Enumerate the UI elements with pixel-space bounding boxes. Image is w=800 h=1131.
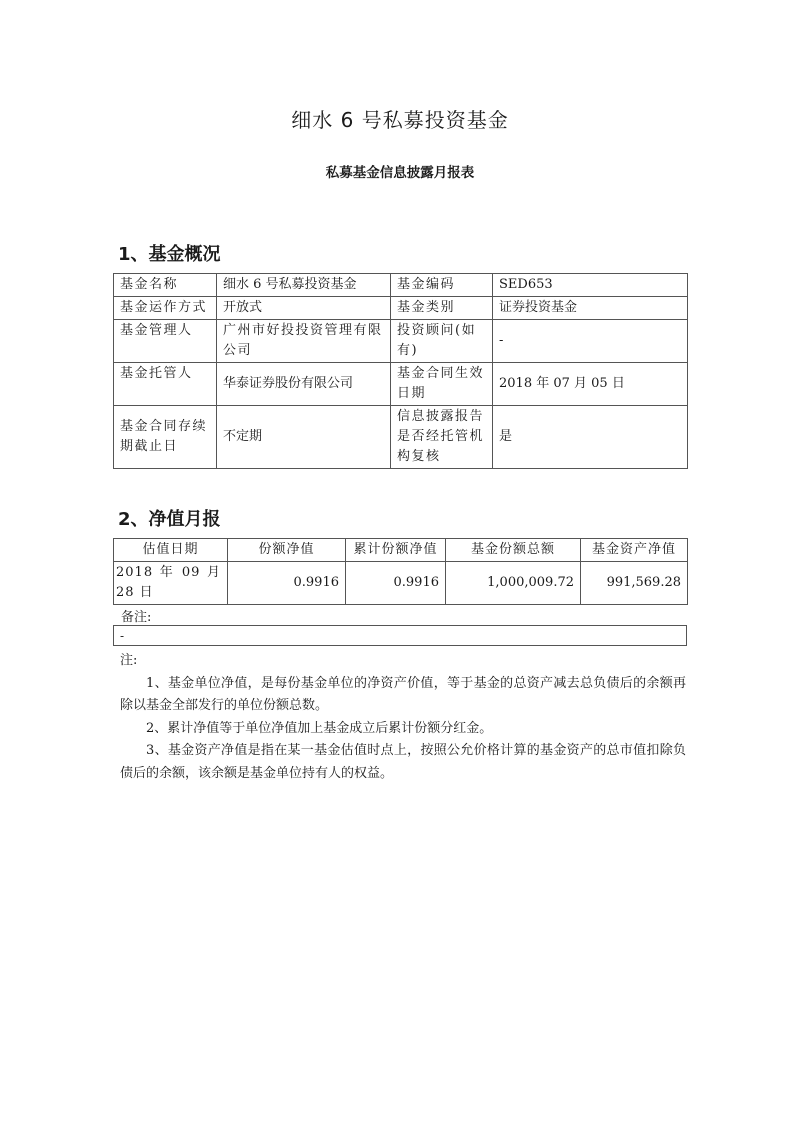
column-header: 估值日期 <box>114 539 228 562</box>
document-subtitle: 私募基金信息披露月报表 <box>0 161 800 181</box>
field-value: 广州市好投投资管理有限公司 <box>217 320 391 363</box>
field-label: 基金合同生效日期 <box>391 363 493 406</box>
section-heading-fund-overview: 1、基金概况 <box>118 240 221 266</box>
table-header-row: 估值日期 份额净值 累计份额净值 基金份额总额 基金资产净值 <box>114 539 688 562</box>
field-value: 华泰证券股份有限公司 <box>217 363 391 406</box>
field-label: 基金托管人 <box>114 363 217 406</box>
valuation-date-cell: 2018 年 09 月 28 日 <box>114 562 228 605</box>
field-label: 信息披露报告是否经托管机构复核 <box>391 406 493 469</box>
field-value: - <box>493 320 688 363</box>
remark-box: - <box>113 625 687 646</box>
field-value: 不定期 <box>217 406 391 469</box>
field-label: 基金合同存续期截止日 <box>114 406 217 469</box>
table-row: 基金运作方式 开放式 基金类别 证券投资基金 <box>114 297 688 320</box>
field-label: 基金类别 <box>391 297 493 320</box>
field-value: SED653 <box>493 274 688 297</box>
net-asset-value-cell: 991,569.28 <box>581 562 688 605</box>
table-row: 基金托管人 华泰证券股份有限公司 基金合同生效日期 2018 年 07 月 05… <box>114 363 688 406</box>
column-header: 份额净值 <box>228 539 346 562</box>
cumulative-nav-cell: 0.9916 <box>346 562 446 605</box>
total-shares-cell: 1,000,009.72 <box>446 562 581 605</box>
field-value: 是 <box>493 406 688 469</box>
column-header: 累计份额净值 <box>346 539 446 562</box>
section-heading-nav-report: 2、净值月报 <box>118 505 221 531</box>
table-row: 基金合同存续期截止日 不定期 信息披露报告是否经托管机构复核 是 <box>114 406 688 469</box>
field-label: 基金编码 <box>391 274 493 297</box>
field-value: 细水 6 号私募投资基金 <box>217 274 391 297</box>
field-label: 基金运作方式 <box>114 297 217 320</box>
column-header: 基金资产净值 <box>581 539 688 562</box>
field-label: 基金名称 <box>114 274 217 297</box>
field-value: 证券投资基金 <box>493 297 688 320</box>
note-item: 2、累计净值等于单位净值加上基金成立后累计份额分红金。 <box>120 718 686 741</box>
field-label: 投资顾问(如有) <box>391 320 493 363</box>
notes-title: 注: <box>120 650 686 673</box>
note-item: 1、基金单位净值，是每份基金单位的净资产价值，等于基金的总资产减去总负债后的余额… <box>120 673 686 718</box>
notes-section: 注: 1、基金单位净值，是每份基金单位的净资产价值，等于基金的总资产减去总负债后… <box>120 650 686 785</box>
column-header: 基金份额总额 <box>446 539 581 562</box>
document-title: 细水 6 号私募投资基金 <box>0 104 800 133</box>
field-value: 开放式 <box>217 297 391 320</box>
note-item: 3、基金资产净值是指在某一基金估值时点上，按照公允价格计算的基金资产的总市值扣除… <box>120 740 686 785</box>
nav-report-table: 估值日期 份额净值 累计份额净值 基金份额总额 基金资产净值 2018 年 09… <box>113 538 688 605</box>
table-row: 基金管理人 广州市好投投资管理有限公司 投资顾问(如有) - <box>114 320 688 363</box>
table-row: 基金名称 细水 6 号私募投资基金 基金编码 SED653 <box>114 274 688 297</box>
unit-nav-cell: 0.9916 <box>228 562 346 605</box>
table-row: 2018 年 09 月 28 日 0.9916 0.9916 1,000,009… <box>114 562 688 605</box>
fund-overview-table: 基金名称 细水 6 号私募投资基金 基金编码 SED653 基金运作方式 开放式… <box>113 273 688 469</box>
field-value: 2018 年 07 月 05 日 <box>493 363 688 406</box>
remark-label: 备注: <box>121 606 151 625</box>
field-label: 基金管理人 <box>114 320 217 363</box>
